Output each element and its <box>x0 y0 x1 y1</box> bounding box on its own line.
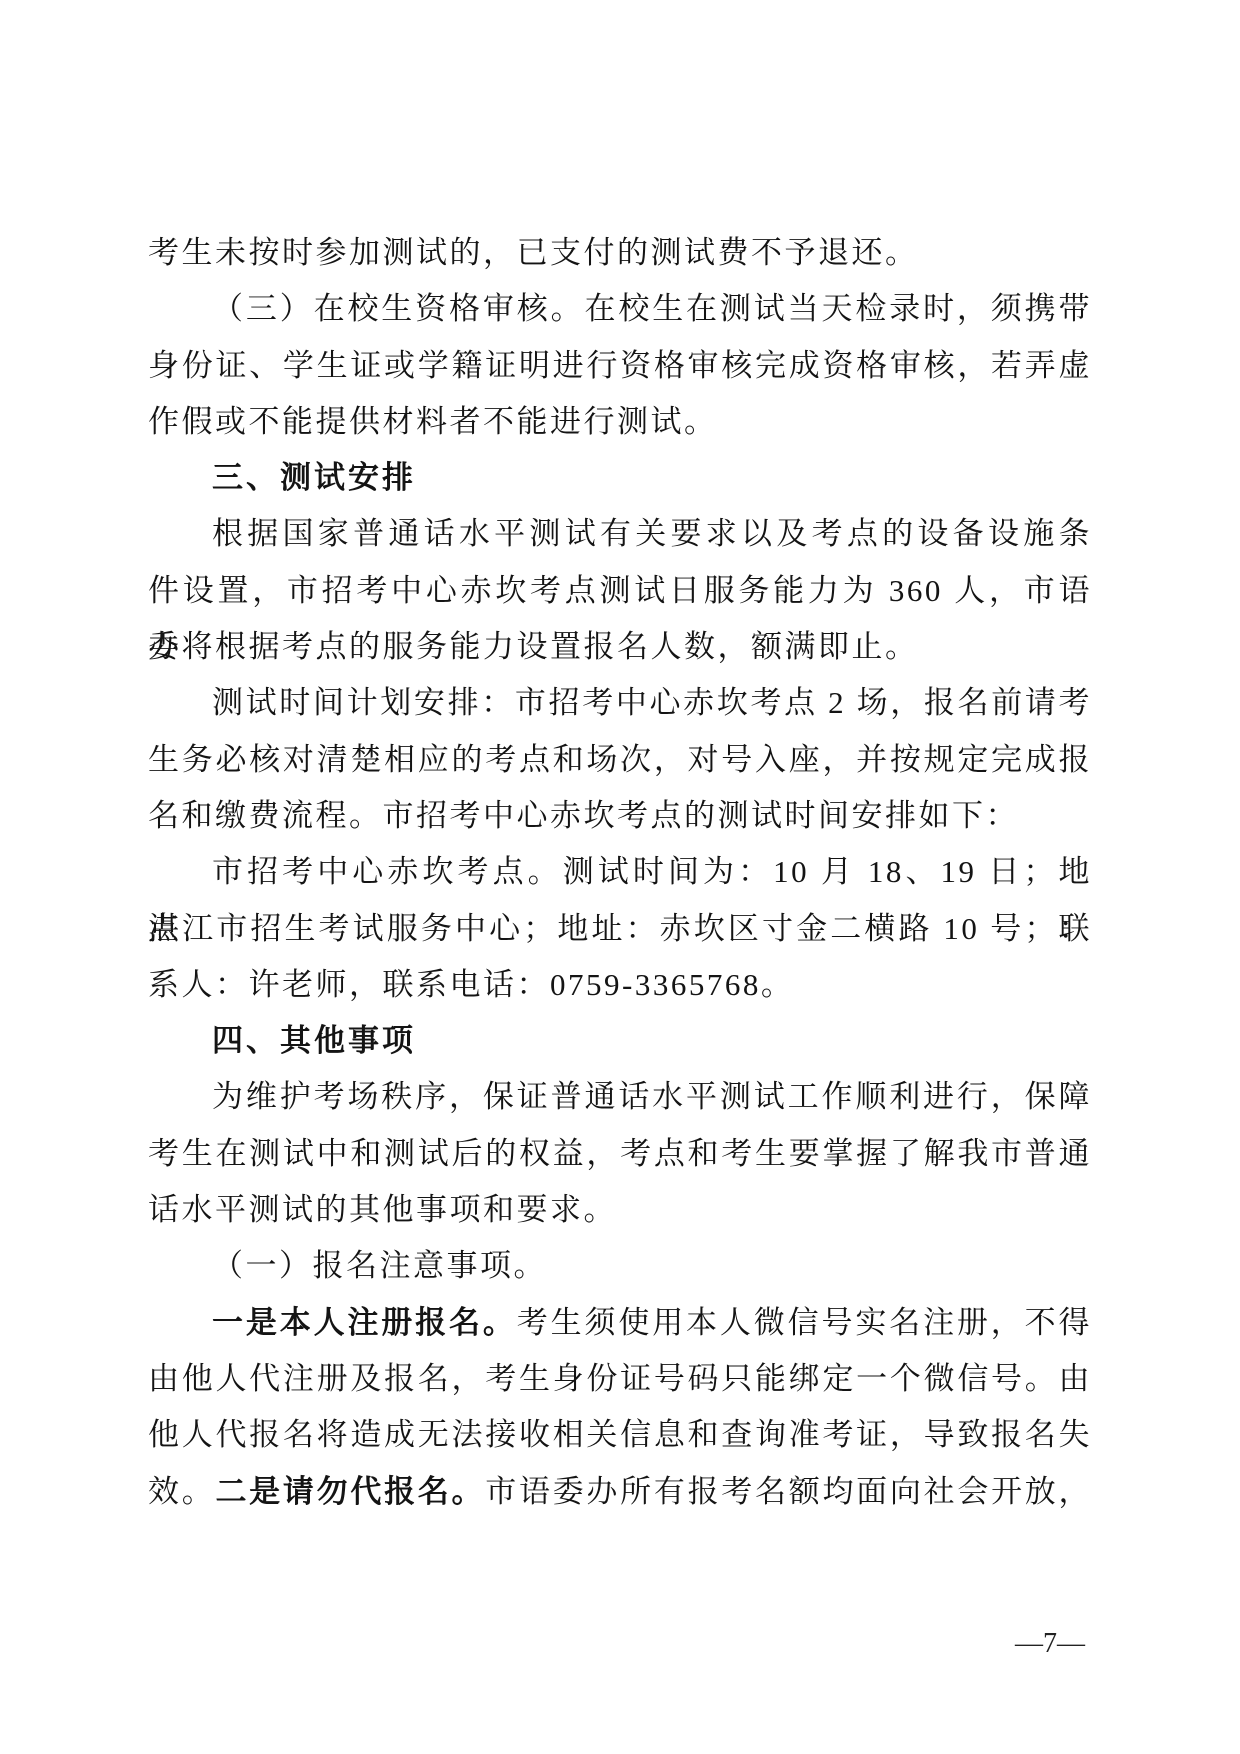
text-line: 根据国家普通话水平测试有关要求以及考点的设备设施条 <box>148 506 1092 562</box>
text-line: 效。二是请勿代报名。市语委办所有报考名额均面向社会开放， <box>148 1464 1092 1520</box>
text-line: 考生在测试中和测试后的权益，考点和考生要掌握了解我市普通 <box>148 1126 1092 1182</box>
text-line: 湛江市招生考试服务中心；地址：赤坎区寸金二横路 10 号；联 <box>148 901 1092 957</box>
text-line: 市招考中心赤坎考点。测试时间为：10 月 18、19 日；地点： <box>148 844 1092 900</box>
text-line: 系人：许老师，联系电话：0759-3365768。 <box>148 957 1092 1013</box>
text-run: 考生未按时参加测试的，已支付的测试费不予退还。 <box>148 235 919 270</box>
text-line: 考生未按时参加测试的，已支付的测试费不予退还。 <box>148 225 1092 281</box>
text-run: 市语委办所有报考名额均面向社会开放， <box>485 1474 1092 1509</box>
text-run: 湛江市招生考试服务中心；地址：赤坎区寸金二横路 10 号；联 <box>148 911 1092 946</box>
text-run: 考生须使用本人微信号实名注册，不得 <box>517 1305 1092 1340</box>
text-line: 一是本人注册报名。考生须使用本人微信号实名注册，不得 <box>148 1295 1092 1351</box>
text-run: 由他人代注册及报名，考生身份证号码只能绑定一个微信号。由 <box>148 1361 1092 1396</box>
text-run: 名和缴费流程。市招考中心赤坎考点的测试时间安排如下： <box>148 798 1019 833</box>
text-line: 身份证、学生证或学籍证明进行资格审核完成资格审核，若弄虚 <box>148 338 1092 394</box>
text-line: 为维护考场秩序，保证普通话水平测试工作顺利进行，保障 <box>148 1069 1092 1125</box>
text-line: （三）在校生资格审核。在校生在测试当天检录时，须携带 <box>148 281 1092 337</box>
text-run: 在校生在测试当天检录时，须携带 <box>584 291 1092 326</box>
text-run: 为维护考场秩序，保证普通话水平测试工作顺利进行，保障 <box>212 1079 1092 1114</box>
text-run: 根据国家普通话水平测试有关要求以及考点的设备设施条 <box>212 516 1092 551</box>
text-line: 话水平测试的其他事项和要求。 <box>148 1182 1092 1238</box>
text-run: 测试时间计划安排：市招考中心赤坎考点 2 场，报名前请考 <box>212 685 1092 720</box>
text-line: 四、其他事项 <box>148 1013 1092 1069</box>
text-run: （一）报名注意事项。 <box>212 1248 547 1283</box>
page-number: —7— <box>1000 1628 1100 1660</box>
text-run: 市招考中心赤坎考点。 <box>212 854 563 889</box>
text-run: 四、其他事项 <box>212 1023 416 1058</box>
text-line: 生务必核对清楚相应的考点和场次，对号入座，并按规定完成报 <box>148 732 1092 788</box>
text-run: 身份证、学生证或学籍证明进行资格审核完成资格审核，若弄虚 <box>148 348 1092 383</box>
text-run: （三）在校生资格审核。 <box>212 291 584 326</box>
document-body: 考生未按时参加测试的，已支付的测试费不予退还。（三）在校生资格审核。在校生在测试… <box>148 225 1092 1520</box>
document-page: 考生未按时参加测试的，已支付的测试费不予退还。（三）在校生资格审核。在校生在测试… <box>0 0 1240 1754</box>
text-line: 他人代报名将造成无法接收相关信息和查询准考证，导致报名失 <box>148 1407 1092 1463</box>
text-run: 话水平测试的其他事项和要求。 <box>148 1192 617 1227</box>
text-run: 考生在测试中和测试后的权益，考点和考生要掌握了解我市普通 <box>148 1136 1092 1171</box>
text-run: 一是本人注册报名。 <box>212 1305 517 1340</box>
text-line: 办将根据考点的服务能力设置报名人数，额满即止。 <box>148 619 1092 675</box>
text-line: 测试时间计划安排：市招考中心赤坎考点 2 场，报名前请考 <box>148 675 1092 731</box>
text-run: 系人：许老师，联系电话：0759-3365768。 <box>148 967 794 1002</box>
text-run: 二是请勿代报名。 <box>215 1474 485 1509</box>
text-line: 由他人代注册及报名，考生身份证号码只能绑定一个微信号。由 <box>148 1351 1092 1407</box>
text-run: 作假或不能提供材料者不能进行测试。 <box>148 404 718 439</box>
text-line: 名和缴费流程。市招考中心赤坎考点的测试时间安排如下： <box>148 788 1092 844</box>
text-run: 他人代报名将造成无法接收相关信息和查询准考证，导致报名失 <box>148 1417 1092 1452</box>
text-run: 生务必核对清楚相应的考点和场次，对号入座，并按规定完成报 <box>148 742 1092 777</box>
text-line: 三、测试安排 <box>148 450 1092 506</box>
text-run: 办将根据考点的服务能力设置报名人数，额满即止。 <box>148 629 919 664</box>
text-line: 作假或不能提供材料者不能进行测试。 <box>148 394 1092 450</box>
text-line: （一）报名注意事项。 <box>148 1238 1092 1294</box>
text-line: 件设置，市招考中心赤坎考点测试日服务能力为 360 人，市语委 <box>148 563 1092 619</box>
text-run: 三、测试安排 <box>212 460 416 495</box>
text-run: 效。 <box>148 1474 215 1509</box>
